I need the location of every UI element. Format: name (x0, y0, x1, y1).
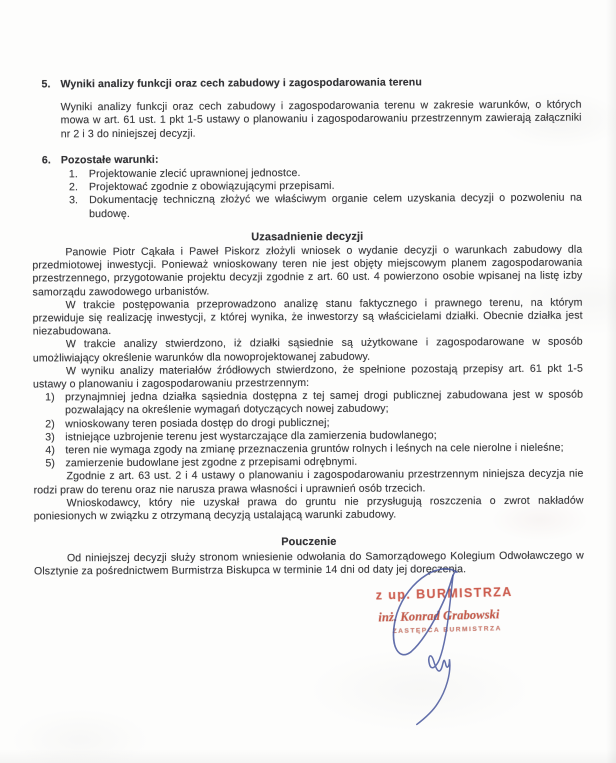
section-5-heading-row: 5. Wyniki analizy funkcji oraz cech zabu… (41, 76, 581, 92)
list-item: 1) przynajmniej jedna działka sąsiednia … (45, 389, 583, 418)
list-item-text: Dokumentację techniczną złożyć we właści… (89, 192, 582, 221)
pen-signature-flourish (416, 575, 454, 724)
justification-closing-paragraph: Zgodnie z art. 63 ust. 2 i 4 ustawy o pl… (33, 468, 583, 497)
list-item-marker: 3) (45, 431, 65, 444)
justification-list: 1) przynajmniej jedna działka sąsiednia … (45, 389, 583, 471)
list-item-marker: 5) (45, 458, 65, 471)
section-6: 6. Pozostałe warunki: 1. Projektowanie z… (42, 151, 582, 221)
list-item-marker: 2) (45, 418, 65, 431)
list-item-marker: 4) (45, 444, 65, 457)
list-item-marker: 1. (69, 168, 89, 181)
justification-paragraph: W wyniku analizy materiałów źródłowych s… (33, 362, 583, 391)
justification-paragraph: W trakcie analizy stwierdzono, iż działk… (33, 336, 583, 365)
pen-signature (369, 547, 520, 738)
pen-signature-loop (393, 569, 457, 655)
list-item-text: przynajmniej jedna działka sąsiednia dos… (65, 389, 583, 418)
section-5-heading: Wyniki analizy funkcji oraz cech zabudow… (60, 76, 422, 91)
section-5-number: 5. (41, 78, 60, 91)
list-item-marker: 3. (69, 195, 89, 222)
list-item-marker: 1) (45, 392, 65, 419)
section-6-heading: Pozostałe warunki: (61, 154, 159, 168)
justification-closing-paragraph: Wnioskodawcy, który nie uzyskał prawa do… (34, 494, 584, 523)
justification-paragraph: Panowie Piotr Cąkała i Paweł Piskorz zło… (32, 244, 582, 300)
section-6-number: 6. (42, 154, 61, 167)
list-item: 3. Dokumentację techniczną złożyć we wła… (69, 192, 582, 221)
section-6-list: 1. Projektowanie zlecić uprawnionej jedn… (69, 166, 582, 221)
justification-paragraph: W trakcie postępowania przeprowadzono an… (33, 296, 583, 338)
scanned-document: 5. Wyniki analizy funkcji oraz cech zabu… (0, 0, 616, 763)
section-5: 5. Wyniki analizy funkcji oraz cech zabu… (41, 76, 581, 142)
section-5-paragraph: Wyniki analizy funkcji oraz cech zabudow… (61, 99, 582, 141)
list-item-marker: 2. (69, 181, 89, 194)
document-page: 5. Wyniki analizy funkcji oraz cech zabu… (0, 0, 616, 763)
